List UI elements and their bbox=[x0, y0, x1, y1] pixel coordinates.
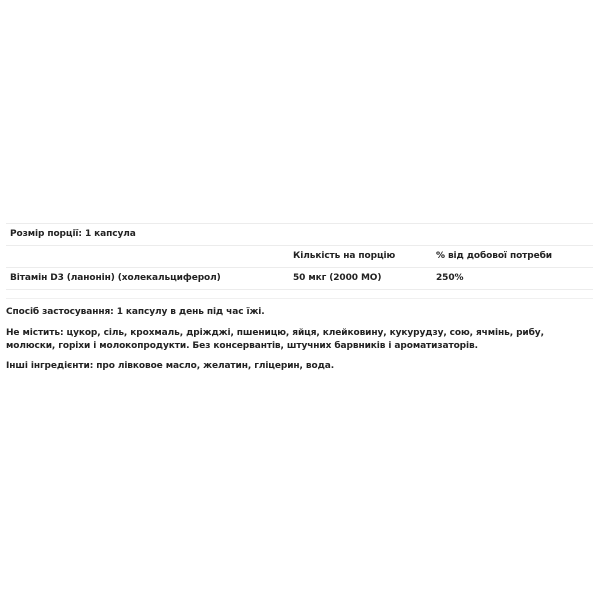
header-daily-value: % від добової потреби bbox=[436, 251, 552, 261]
does-not-contain-text: Не містить: цукор, сіль, крохмаль, дріжд… bbox=[6, 327, 596, 353]
table-row: Вітамін D3 (ланонін) (холекальциферол) 5… bbox=[6, 267, 593, 290]
nutrient-amount: 50 мкг (2000 МО) bbox=[293, 273, 381, 283]
other-ingredients-text: Інші інгредієнти: про лівковое масло, же… bbox=[6, 360, 596, 373]
header-amount-per-serving: Кількість на порцію bbox=[293, 251, 395, 261]
nutrient-daily-value: 250% bbox=[436, 273, 463, 283]
usage-text: Спосіб застосування: 1 капсулу в день пі… bbox=[6, 306, 596, 319]
table-bottom-divider bbox=[6, 290, 593, 299]
serving-size-row: Розмір порції: 1 капсула bbox=[6, 223, 593, 245]
nutrient-name: Вітамін D3 (ланонін) (холекальциферол) bbox=[10, 273, 221, 283]
serving-size: Розмір порції: 1 капсула bbox=[10, 229, 136, 239]
supplement-facts-table: Розмір порції: 1 капсула Кількість на по… bbox=[6, 223, 593, 299]
table-header-row: Кількість на порцію % від добової потреб… bbox=[6, 245, 593, 267]
